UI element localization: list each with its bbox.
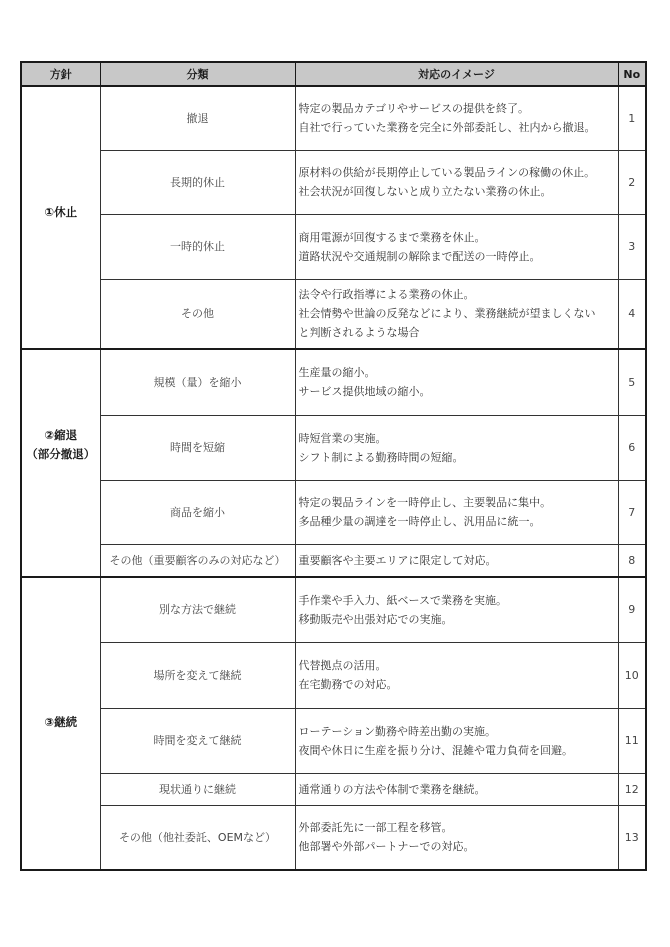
description-line: 他部署や外部パートナーでの対応。 xyxy=(299,837,615,856)
description-cell: 重要顧客や主要エリアに限定して対応。 xyxy=(295,544,618,577)
category-cell: 時間を短縮 xyxy=(100,415,295,480)
description-cell: 代替拠点の活用。在宅勤務での対応。 xyxy=(295,642,618,708)
category-cell: その他（重要顧客のみの対応など） xyxy=(100,544,295,577)
table-row: ②縮退（部分撤退）規模（量）を縮小生産量の縮小。サービス提供地域の縮小。5 xyxy=(21,349,646,415)
description-line: 道路状況や交通規制の解除まで配送の一時停止。 xyxy=(299,247,615,266)
table-row: 場所を変えて継続代替拠点の活用。在宅勤務での対応。10 xyxy=(21,642,646,708)
number-cell: 11 xyxy=(618,708,646,773)
description-line: 時短営業の実施。 xyxy=(299,429,615,448)
category-cell: 現状通りに継続 xyxy=(100,773,295,805)
policy-label: ①休止 xyxy=(25,203,97,222)
policy-group-cell: ①休止 xyxy=(21,86,100,349)
table-row: ①休止撤退特定の製品カテゴリやサービスの提供を終了。自社で行っていた業務を完全に… xyxy=(21,86,646,150)
header-policy: 方針 xyxy=(21,62,100,86)
document-page: 方針 分類 対応のイメージ No ①休止撤退特定の製品カテゴリやサービスの提供を… xyxy=(0,0,670,947)
table-body: ①休止撤退特定の製品カテゴリやサービスの提供を終了。自社で行っていた業務を完全に… xyxy=(21,86,646,870)
description-line: 移動販売や出張対応での実施。 xyxy=(299,610,615,629)
description-line: サービス提供地域の縮小。 xyxy=(299,382,615,401)
description-line: 社会状況が回復しないと成り立たない業務の休止。 xyxy=(299,182,615,201)
description-line: 外部委託先に一部工程を移管。 xyxy=(299,818,615,837)
description-cell: 通常通りの方法や体制で業務を継続。 xyxy=(295,773,618,805)
description-line: シフト制による勤務時間の短縮。 xyxy=(299,448,615,467)
category-cell: 商品を縮小 xyxy=(100,480,295,544)
category-cell: 撤退 xyxy=(100,86,295,150)
header-row: 方針 分類 対応のイメージ No xyxy=(21,62,646,86)
policy-group-cell: ③継続 xyxy=(21,577,100,870)
category-cell: 規模（量）を縮小 xyxy=(100,349,295,415)
category-cell: 場所を変えて継続 xyxy=(100,642,295,708)
table-row: その他（他社委託、OEMなど）外部委託先に一部工程を移管。他部署や外部パートナー… xyxy=(21,805,646,870)
table-row: 現状通りに継続通常通りの方法や体制で業務を継続。12 xyxy=(21,773,646,805)
description-line: 特定の製品ラインを一時停止し、主要製品に集中。 xyxy=(299,493,615,512)
number-cell: 7 xyxy=(618,480,646,544)
category-cell: その他 xyxy=(100,279,295,349)
description-line: 法令や行政指導による業務の休止。 xyxy=(299,285,615,304)
header-category: 分類 xyxy=(100,62,295,86)
description-line: と判断されるような場合 xyxy=(299,323,615,342)
number-cell: 4 xyxy=(618,279,646,349)
table-row: その他（重要顧客のみの対応など）重要顧客や主要エリアに限定して対応。8 xyxy=(21,544,646,577)
table-row: 時間を短縮時短営業の実施。シフト制による勤務時間の短縮。6 xyxy=(21,415,646,480)
header-no: No xyxy=(618,62,646,86)
description-line: 代替拠点の活用。 xyxy=(299,656,615,675)
table-row: ③継続別な方法で継続手作業や手入力、紙ベースで業務を実施。移動販売や出張対応での… xyxy=(21,577,646,642)
description-line: 多品種少量の調達を一時停止し、汎用品に統一。 xyxy=(299,512,615,531)
policy-label: （部分撤退） xyxy=(25,445,97,464)
description-cell: 外部委託先に一部工程を移管。他部署や外部パートナーでの対応。 xyxy=(295,805,618,870)
table-row: 時間を変えて継続ローテーション勤務や時差出勤の実施。夜間や休日に生産を振り分け、… xyxy=(21,708,646,773)
description-line: 社会情勢や世論の反発などにより、業務継続が望ましくない xyxy=(299,304,615,323)
category-cell: その他（他社委託、OEMなど） xyxy=(100,805,295,870)
description-cell: 手作業や手入力、紙ベースで業務を実施。移動販売や出張対応での実施。 xyxy=(295,577,618,642)
number-cell: 2 xyxy=(618,150,646,214)
description-line: 手作業や手入力、紙ベースで業務を実施。 xyxy=(299,591,615,610)
number-cell: 12 xyxy=(618,773,646,805)
description-cell: 商用電源が回復するまで業務を休止。道路状況や交通規制の解除まで配送の一時停止。 xyxy=(295,214,618,279)
description-cell: ローテーション勤務や時差出勤の実施。夜間や休日に生産を振り分け、混雑や電力負荷を… xyxy=(295,708,618,773)
description-line: 在宅勤務での対応。 xyxy=(299,675,615,694)
description-line: 原材料の供給が長期停止している製品ラインの稼働の休止。 xyxy=(299,163,615,182)
description-cell: 生産量の縮小。サービス提供地域の縮小。 xyxy=(295,349,618,415)
table-row: 商品を縮小特定の製品ラインを一時停止し、主要製品に集中。多品種少量の調達を一時停… xyxy=(21,480,646,544)
table-row: 一時的休止商用電源が回復するまで業務を休止。道路状況や交通規制の解除まで配送の一… xyxy=(21,214,646,279)
description-line: 重要顧客や主要エリアに限定して対応。 xyxy=(299,551,615,570)
policy-table: 方針 分類 対応のイメージ No ①休止撤退特定の製品カテゴリやサービスの提供を… xyxy=(20,61,647,871)
category-cell: 一時的休止 xyxy=(100,214,295,279)
category-cell: 長期的休止 xyxy=(100,150,295,214)
table-row: 長期的休止原材料の供給が長期停止している製品ラインの稼働の休止。社会状況が回復し… xyxy=(21,150,646,214)
category-cell: 時間を変えて継続 xyxy=(100,708,295,773)
number-cell: 10 xyxy=(618,642,646,708)
number-cell: 8 xyxy=(618,544,646,577)
header-image: 対応のイメージ xyxy=(295,62,618,86)
description-cell: 法令や行政指導による業務の休止。社会情勢や世論の反発などにより、業務継続が望まし… xyxy=(295,279,618,349)
description-line: 自社で行っていた業務を完全に外部委託し、社内から撤退。 xyxy=(299,118,615,137)
description-cell: 原材料の供給が長期停止している製品ラインの稼働の休止。社会状況が回復しないと成り… xyxy=(295,150,618,214)
number-cell: 13 xyxy=(618,805,646,870)
description-line: 通常通りの方法や体制で業務を継続。 xyxy=(299,780,615,799)
description-line: 生産量の縮小。 xyxy=(299,363,615,382)
number-cell: 1 xyxy=(618,86,646,150)
description-line: 夜間や休日に生産を振り分け、混雑や電力負荷を回避。 xyxy=(299,741,615,760)
description-cell: 時短営業の実施。シフト制による勤務時間の短縮。 xyxy=(295,415,618,480)
number-cell: 5 xyxy=(618,349,646,415)
description-cell: 特定の製品カテゴリやサービスの提供を終了。自社で行っていた業務を完全に外部委託し… xyxy=(295,86,618,150)
category-cell: 別な方法で継続 xyxy=(100,577,295,642)
description-line: 商用電源が回復するまで業務を休止。 xyxy=(299,228,615,247)
description-line: ローテーション勤務や時差出勤の実施。 xyxy=(299,722,615,741)
number-cell: 3 xyxy=(618,214,646,279)
policy-group-cell: ②縮退（部分撤退） xyxy=(21,349,100,577)
table-row: その他法令や行政指導による業務の休止。社会情勢や世論の反発などにより、業務継続が… xyxy=(21,279,646,349)
description-line: 特定の製品カテゴリやサービスの提供を終了。 xyxy=(299,99,615,118)
policy-label: ②縮退 xyxy=(25,426,97,445)
number-cell: 9 xyxy=(618,577,646,642)
number-cell: 6 xyxy=(618,415,646,480)
description-cell: 特定の製品ラインを一時停止し、主要製品に集中。多品種少量の調達を一時停止し、汎用… xyxy=(295,480,618,544)
policy-label: ③継続 xyxy=(25,713,97,732)
